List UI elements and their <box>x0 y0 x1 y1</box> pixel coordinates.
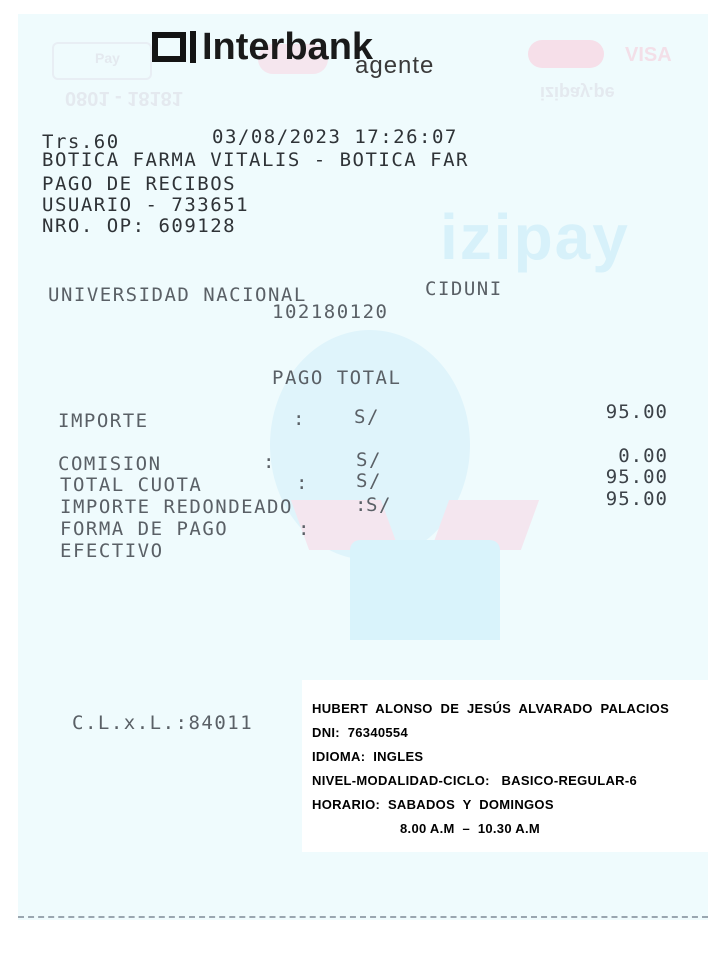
row-currency: S/ <box>356 449 382 471</box>
row-sep: : <box>296 472 309 494</box>
phone-ghost: 0801 - 18181 <box>65 86 183 109</box>
payment-method-sep: : <box>298 518 311 540</box>
interbank-square-icon <box>152 32 186 62</box>
user-id: USUARIO - 733651 <box>42 194 249 216</box>
cxl-code: C.L.x.L.:84011 <box>72 712 253 734</box>
operation-number: NRO. OP: 609128 <box>42 215 236 237</box>
mascot-body-ghost <box>350 540 500 640</box>
row-amount: 95.00 <box>548 466 668 488</box>
row-amount: 0.00 <box>548 445 668 467</box>
company-name: UNIVERSIDAD NACIONAL <box>48 284 307 306</box>
student-language: IDIOMA: INGLES <box>312 749 423 764</box>
pay-text-ghost: Pay <box>95 50 120 66</box>
student-dni: DNI: 76340554 <box>312 725 408 740</box>
transaction-datetime: 03/08/2023 17:26:07 <box>212 126 458 148</box>
payment-method: EFECTIVO <box>60 540 164 562</box>
payment-method-label: FORMA DE PAGO <box>60 518 228 540</box>
row-amount: 95.00 <box>548 488 668 510</box>
row-label: IMPORTE REDONDEADO <box>60 496 293 518</box>
brand-name: Interbank <box>202 30 373 64</box>
row-label: COMISION <box>58 453 162 475</box>
row-currency: S/ <box>354 406 380 428</box>
row-sep: : <box>293 408 306 430</box>
student-hours: 8.00 A.M – 10.30 A.M <box>400 821 540 836</box>
student-info-box: HUBERT ALONSO DE JESÚS ALVARADO PALACIOS… <box>302 680 712 852</box>
row-currency: S/ <box>366 494 392 516</box>
student-schedule: HORARIO: SABADOS Y DOMINGOS <box>312 797 554 812</box>
row-label: IMPORTE <box>58 410 149 432</box>
izipay-watermark: izipay <box>440 200 630 274</box>
merchant-name: BOTICA FARMA VITALIS - BOTICA FAR <box>42 149 469 171</box>
interbank-logo: Interbank <box>152 30 373 64</box>
operation-type: PAGO DE RECIBOS <box>42 173 236 195</box>
visa-text-ghost: VISA <box>625 44 672 67</box>
receipt-tear-edge <box>18 916 708 918</box>
reference-number: 102180120 <box>272 301 388 323</box>
card-logo-ghost <box>528 40 604 68</box>
interbank-bar-icon <box>190 31 196 63</box>
row-sep: : <box>263 451 276 473</box>
student-name: HUBERT ALONSO DE JESÚS ALVARADO PALACIOS <box>312 701 669 716</box>
row-currency: S/ <box>356 470 382 492</box>
row-amount: 95.00 <box>548 401 668 423</box>
row-label: TOTAL CUOTA <box>60 474 202 496</box>
brand-subtitle: agente <box>355 52 434 80</box>
company-code: CIDUNI <box>425 278 503 300</box>
payment-title: PAGO TOTAL <box>272 367 401 389</box>
izipay-url-ghost: izipay.pe <box>540 82 615 103</box>
student-level: NIVEL-MODALIDAD-CICLO: BASICO-REGULAR-6 <box>312 773 637 788</box>
